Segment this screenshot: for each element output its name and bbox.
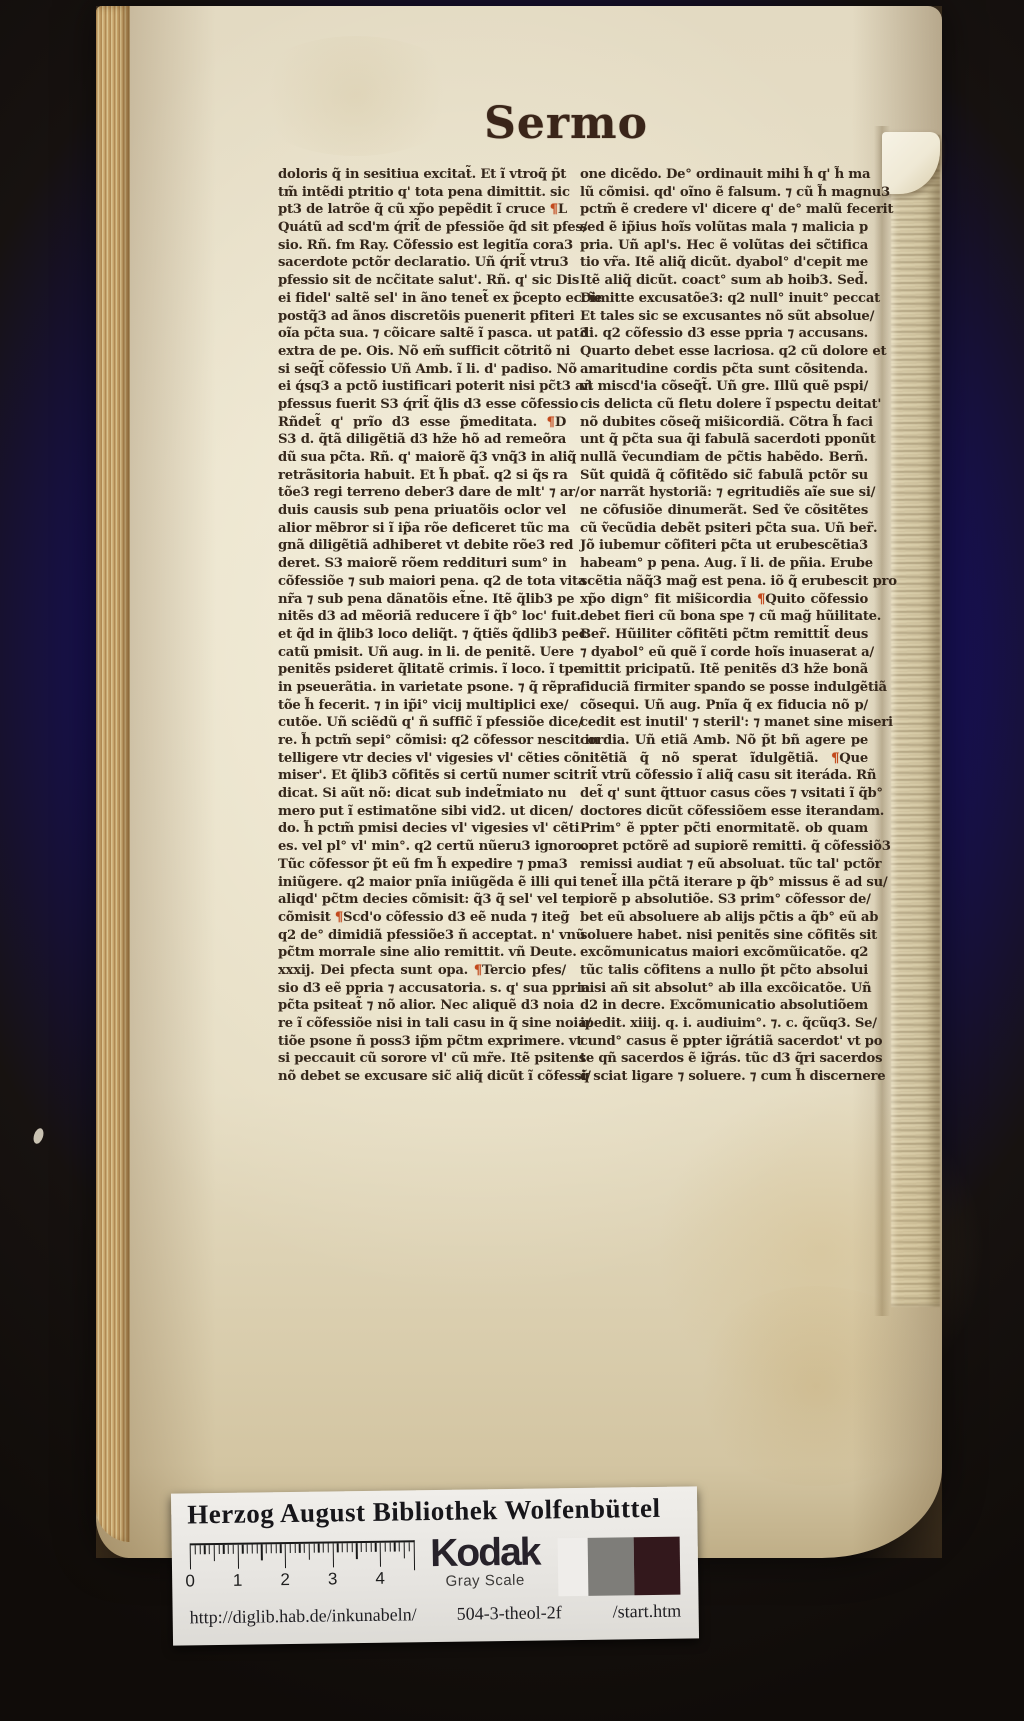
- text-segment: re ĩ cõfessiõe nisi in tali casu in q̃ s…: [278, 1016, 591, 1031]
- text-segment: unt q̃ pc̃ta sua q̃i fabulã sacerdoti pp…: [580, 432, 876, 447]
- text-segment: pc̃tm morrale sine alio remittit. vñ Deu…: [278, 945, 577, 960]
- ruler-number: 1: [231, 1571, 245, 1591]
- text-segment: tõe3 regi terreno deber3 dare de mlt' ⁊ …: [278, 485, 579, 500]
- kodak-logo: Kodak: [410, 1532, 561, 1574]
- text-segment: q̃ sciat ligare ⁊ soluere. ⁊ cum h̃ disc…: [580, 1069, 885, 1084]
- text-segment: Et tales sic se excusantes nõ sũt absolu…: [580, 309, 874, 324]
- text-segment: pfessio sit de ncc̃itate salut'. Rñ. q' …: [278, 273, 579, 288]
- text-line: cis delicta cũ fletu dolere ĩ pspectu de…: [580, 396, 868, 414]
- text-segment: iniũgere. q2 maior pnĩa iniũgẽda ẽ illi …: [278, 875, 577, 890]
- text-line: nõ dubites cõseq̃ mis̃icordiã. Cõtra h̃ …: [580, 414, 868, 432]
- text-line: remissi audiat ⁊ eũ absoluat. tũc tal' p…: [580, 856, 868, 874]
- text-segment: doloris q̃ in sesitiua excitat̃. Et ĩ vt…: [278, 167, 566, 182]
- text-line: S3 d. q̃tã diligẽtiã d3 hz̃e hõ ad remeõ…: [278, 431, 566, 449]
- text-line: do. h̃ pctm̃ pmisi decies vl' vigesies v…: [278, 820, 566, 838]
- text-line: mittit pricipatũ. Itẽ penitẽs d3 hz̃e bo…: [580, 661, 868, 679]
- text-line: debet fieri cũ bona spe ⁊ cũ mag̃ hũilit…: [580, 608, 868, 626]
- text-segment: S3 d. q̃tã diligẽtiã d3 hz̃e hõ ad remeõ…: [278, 432, 566, 447]
- ruler-tick: [337, 1543, 339, 1552]
- text-segment: or narrãt hystoriã: ⁊ egritudiẽs aĩe sue…: [580, 485, 875, 500]
- kodak-block: Kodak Gray Scale: [410, 1532, 561, 1590]
- text-line: pc̃ta psiteat̃ ⁊ nõ alior. Nec aliquẽ d3…: [278, 997, 566, 1015]
- text-line: tm̃ intẽdi ptritio q' tota pena dimittit…: [278, 184, 566, 202]
- text-line: tiõe psone ñ poss3 ip̃m pc̃tm exprimere.…: [278, 1033, 566, 1051]
- ruler-tick: [289, 1544, 291, 1553]
- ruler-tick: [204, 1545, 206, 1554]
- text-line: Itẽ aliq̃ dicũt. coact° sum ab hoib3. Se…: [580, 272, 868, 290]
- book-photograph: Sermo doloris q̃ in sesitiua excitat̃. E…: [0, 0, 1024, 1721]
- text-line: Quátũ ad scd'm q́rit̃ de pfessiõe q̃d si…: [278, 219, 566, 237]
- ruler-tick: [294, 1544, 296, 1553]
- text-line: pfessus fuerit S3 q́rit̃ q̃lis d3 esse c…: [278, 396, 566, 414]
- text-line: postq̃3 ad ãnos discretõis puenerit pfit…: [278, 308, 566, 326]
- text-segment: si peccauit cũ sorore vl' cũ mr̃e. Itẽ p…: [278, 1051, 586, 1066]
- text-segment: opret pctõrẽ ad supiorẽ remitti. q̃ cõfe…: [580, 839, 891, 854]
- ruler-tick: [251, 1545, 253, 1554]
- text-segment: si seq̃t̃ cõfessio Uñ Amb. ĩ li. d' padi…: [278, 362, 577, 377]
- text-segment: sio. Rñ. fm Ray. Cõfessio est legitĩa co…: [278, 238, 573, 253]
- text-segment: D: [555, 415, 566, 430]
- text-line: bet eũ absoluere ab alijs pc̃tis a q̃b° …: [580, 909, 868, 927]
- text-segment: det̃ q' sunt q̃ttuor casus cões ⁊ vsitat…: [580, 786, 883, 801]
- label-url-base: http://diglib.hab.de/inkunabeln/: [190, 1604, 417, 1628]
- text-segment: Que: [839, 751, 868, 766]
- text-line: rit̃ vtrũ cõfessio ĩ aliq̃ casu sit iter…: [580, 767, 868, 785]
- text-line: mero put ĩ estimatõne sibi vid2. ut dice…: [278, 803, 566, 821]
- ruler-tick: [332, 1543, 334, 1567]
- ruler-tick: [199, 1545, 201, 1554]
- text-line: piorẽ p absolutiõe. S3 prim° cõfessor de…: [580, 891, 868, 909]
- text-segment: cõfessiõe ⁊ sub maiori pena. q2 de tota …: [278, 574, 586, 589]
- text-line: Ber̃. Hũiliter cõfitẽti pc̃tm remittit̃ …: [580, 626, 868, 644]
- ruler-tick: [256, 1544, 258, 1553]
- rubric-pilcrow: ¶: [335, 910, 343, 925]
- text-segment: xxxij. Dei pfecta sunt opa.: [278, 963, 474, 978]
- text-segment: miser'. Et q̃lib3 cõfitẽs si certũ numer…: [278, 768, 579, 783]
- ruler-tick: [361, 1543, 363, 1552]
- text-line: sio. Rñ. fm Ray. Cõfessio est legitĩa co…: [278, 237, 566, 255]
- text-line: te qñ sacerdos ẽ ig̃rás. tũc d3 q̃ri sac…: [580, 1050, 868, 1068]
- ruler-tick: [270, 1544, 272, 1553]
- text-segment: q2 de° dimidiã pfessiõe3 ñ acceptat. n' …: [278, 928, 585, 943]
- text-segment: nullã ṽecundiam de pc̃tis habẽdo. Berñ.: [580, 450, 868, 465]
- rubric-pilcrow: ¶: [547, 415, 555, 430]
- text-segment: Dimitte excusatõe3: q2 null° inuit° pecc…: [580, 291, 880, 306]
- text-line: cedit est inutil' ⁊ steril': ⁊ manet sin…: [580, 714, 868, 732]
- text-segment: habeam° p pena. Aug. ĩ li. de pñia. Erub…: [580, 556, 873, 571]
- text-segment: pctm̃ ẽ credere vl' dicere q' de° malũ f…: [580, 202, 893, 217]
- ruler-tick: [346, 1543, 348, 1552]
- dark-patch: [634, 1537, 681, 1596]
- text-line: ipedit. xiiij. q. i. audiuim°. ⁊. c. q̃c…: [580, 1015, 868, 1033]
- text-segment: telligere vtr decies vl' vigesies vl' cẽ…: [278, 751, 580, 766]
- text-segment: nr̃a ⁊ sub pena dãnatõis et̃ne. Itẽ q̃li…: [278, 592, 574, 607]
- text-line: miser'. Et q̃lib3 cõfitẽs si certũ numer…: [278, 767, 566, 785]
- text-segment: rit̃ vtrũ cõfessio ĩ aliq̃ casu sit iter…: [580, 768, 876, 783]
- text-line: pt3 de latrõe q̃ cũ xp̃o pepẽdit ĩ cruce…: [278, 201, 566, 219]
- text-segment: pt3 de latrõe q̃ cũ xp̃o pepẽdit ĩ cruce: [278, 202, 550, 217]
- ruler-number: 0: [183, 1571, 197, 1591]
- text-segment: bet eũ absoluere ab alijs pc̃tis a q̃b° …: [580, 910, 878, 925]
- ruler-tick: [394, 1543, 396, 1552]
- text-line: one dicẽdo. De° ordinauit mihi h̃ q' h̃ …: [580, 166, 868, 184]
- label-shelfmark: 504-3-theol-2f: [457, 1602, 562, 1624]
- text-segment: mero put ĩ estimatõne sibi vid2. ut dice…: [278, 804, 573, 819]
- text-segment: doctores dicũt cõfessiõem esse iterandam…: [580, 804, 884, 819]
- text-line: tõe3 regi terreno deber3 dare de mlt' ⁊ …: [278, 484, 566, 502]
- text-segment: vt miscd'ia cõseq̃t̃. Uñ gre. Illũ quẽ p…: [580, 379, 868, 394]
- text-line: lũ cõmisi. qd' oĩno ẽ falsum. ⁊ cũ h̃ ma…: [580, 184, 868, 202]
- text-segment: Rñdet̃ q' prĩo d3 esse p̃meditata.: [278, 415, 547, 430]
- text-line: cund° casus ẽ ppter ig̃rátiã sacerdot' v…: [580, 1033, 868, 1051]
- text-line: alior mẽbror si ĩ ip̃a rõe deficeret tũc…: [278, 520, 566, 538]
- text-line: nõ debet se excusare sic̃ aliq̃ dicũt ĩ …: [278, 1068, 566, 1086]
- text-line: Quarto debet esse lacriosa. q2 cũ dolore…: [580, 343, 868, 361]
- text-segment: re. h̃ pctm̃ sepi° cõmisi: q2 cõfessor n…: [278, 733, 599, 748]
- text-segment: cõmisit: [278, 910, 335, 925]
- text-segment: te qñ sacerdos ẽ ig̃rás. tũc d3 q̃ri sac…: [580, 1051, 882, 1066]
- rubric-pilcrow: ¶: [550, 202, 558, 217]
- text-line: tũc talis cõfitens a nullo p̃t pc̃to abs…: [580, 962, 868, 980]
- text-line: cõmisit ¶Scd'o cõfessio d3 eẽ nuda ⁊ ite…: [278, 909, 566, 927]
- text-segment: Quarto debet esse lacriosa. q2 cũ dolore…: [580, 344, 886, 359]
- text-line: et q̃d in q̃lib3 loco deliq̃t. ⁊ q̃tiẽs …: [278, 626, 566, 644]
- text-line: nullã ṽecundiam de pc̃tis habẽdo. Berñ.: [580, 449, 868, 467]
- ruler-tick: [304, 1544, 306, 1553]
- text-line: d2 in decre. Excõmunicatio absolutiõem: [580, 997, 868, 1015]
- ruler-tick: [399, 1542, 401, 1551]
- ruler-tick: [190, 1545, 192, 1569]
- text-line: sed ẽ ip̃ius hoĩs volũtas mala ⁊ malicia…: [580, 219, 868, 237]
- text-line: cõfessiõe ⁊ sub maiori pena. q2 de tota …: [278, 573, 566, 591]
- ruler-tick: [384, 1543, 386, 1552]
- text-line: ⁊ dyabol° eũ quẽ ĩ corde hoĩs inuaserat …: [580, 644, 868, 662]
- text-line: cutõe. Uñ sciẽdũ q' ñ suffic̃ ĩ pfessiõe…: [278, 714, 566, 732]
- text-line: si peccauit cũ sorore vl' cũ mr̃e. Itẽ p…: [278, 1050, 566, 1068]
- text-segment: Prim° ẽ ppter pc̃ti enormitatẽ. ob quam: [580, 821, 868, 836]
- ruler-number: 3: [326, 1569, 340, 1589]
- ruler-tick: [237, 1545, 239, 1569]
- text-segment: amaritudine cordis pc̃ta sunt cõsitenda.: [580, 362, 868, 377]
- text-line: cõsequi. Uñ aug. Pnĩa q̃ ex fiducia nõ p…: [580, 697, 868, 715]
- text-line: vt miscd'ia cõseq̃t̃. Uñ gre. Illũ quẽ p…: [580, 378, 868, 396]
- text-segment: nõ debet se excusare sic̃ aliq̃ dicũt ĩ …: [278, 1069, 591, 1084]
- text-line: ei q́sq3 a pctõ iustificari poterit nisi…: [278, 378, 566, 396]
- ruler-tick: [308, 1544, 310, 1560]
- text-segment: retrãsitoria habuit. Et h̃ pbat̃. q2 si …: [278, 468, 568, 483]
- text-line: re ĩ cõfessiõe nisi in tali casu in q̃ s…: [278, 1015, 566, 1033]
- ruler-tick: [280, 1544, 282, 1553]
- text-line: Dimitte excusatõe3: q2 null° inuit° pecc…: [580, 290, 868, 308]
- text-segment: cordia. Uñ etiã Amb. Nõ p̃t bñ agere pe: [580, 733, 868, 748]
- ruler-tick: [242, 1545, 244, 1554]
- paper-speck: [32, 1127, 46, 1145]
- ruler-numbers: 01234: [190, 1568, 414, 1593]
- ruler-tick: [223, 1545, 225, 1554]
- ruler-tick: [389, 1543, 391, 1552]
- text-line: gnã diligẽtiã adhiberet vt debite rõe3 r…: [278, 537, 566, 555]
- text-segment: lũ cõmisi. qd' oĩno ẽ falsum. ⁊ cũ h̃ ma…: [580, 185, 890, 200]
- ruler-tick: [299, 1544, 301, 1553]
- text-line: telligere vtr decies vl' vigesies vl' cẽ…: [278, 750, 566, 768]
- text-segment: Tũc cõfessor p̃t eũ fm h̃ expedire ⁊ pma…: [278, 857, 568, 872]
- text-line: pria. Uñ apl's. Hec ẽ volũtas dei sc̃tif…: [580, 237, 868, 255]
- text-segment: tenet̃ illa pc̃tã iterare p q̃b° missus …: [580, 875, 887, 890]
- text-column-left: doloris q̃ in sesitiua excitat̃. Et ĩ vt…: [278, 166, 566, 1088]
- text-segment: debet fieri cũ bona spe ⁊ cũ mag̃ hũilit…: [580, 609, 881, 624]
- page-title: Sermo: [476, 98, 656, 149]
- ruler-tick: [313, 1544, 315, 1553]
- text-line: dũ sua pc̃ta. Rñ. q' maiorẽ q̃3 vnq̃3 in…: [278, 449, 566, 467]
- text-segment: catũ pmisit. Uñ aug. in li. de penitẽ. U…: [278, 645, 574, 660]
- text-line: soluere habet. nisi penitẽs sine cõfitẽs…: [580, 927, 868, 945]
- text-segment: nisi añ sit absolut° ab illa excõicatõe.…: [580, 981, 871, 996]
- text-line: sacerdote pctõr declaratio. Uñ q́rit̃ vt…: [278, 254, 566, 272]
- text-line: Rñdet̃ q' prĩo d3 esse p̃meditata. ¶D: [278, 414, 566, 432]
- text-line: penitẽs psideret q̃litatẽ crimis. ĩ loco…: [278, 661, 566, 679]
- ruler-tick: [370, 1543, 372, 1552]
- text-segment: tm̃ intẽdi ptritio q' tota pena dimittit…: [278, 185, 570, 200]
- text-line: iniũgere. q2 maior pnĩa iniũgẽda ẽ illi …: [278, 874, 566, 892]
- text-line: excõmunicatus maiori excõmũicatõe. q2: [580, 944, 868, 962]
- text-line: cũ ṽecũdia debẽt psiteri pc̃ta sua. Uñ b…: [580, 520, 868, 538]
- text-segment: soluere habet. nisi penitẽs sine cõfitẽs…: [580, 928, 877, 943]
- text-segment: cũ ṽecũdia debẽt psiteri pc̃ta sua. Uñ b…: [580, 521, 877, 536]
- text-segment: postq̃3 ad ãnos discretõis puenerit pfit…: [278, 309, 574, 324]
- text-line: Tũc cõfessor p̃t eũ fm h̃ expedire ⁊ pma…: [278, 856, 566, 874]
- gray-patch: [588, 1537, 635, 1596]
- text-line: opret pctõrẽ ad supiorẽ remitti. q̃ cõfe…: [580, 838, 868, 856]
- ruler-tick: [351, 1543, 353, 1552]
- text-line: habeam° p pena. Aug. ĩ li. de pñia. Erub…: [580, 555, 868, 573]
- text-line: amaritudine cordis pc̃ta sunt cõsitenda.: [580, 361, 868, 379]
- text-segment: excõmunicatus maiori excõmũicatõe. q2: [580, 945, 868, 960]
- text-segment: fiduciã firmiter spando se posse indulgẽ…: [580, 680, 887, 695]
- text-line: unt q̃ pc̃ta sua q̃i fabulã sacerdoti pp…: [580, 431, 868, 449]
- text-segment: pria. Uñ apl's. Hec ẽ volũtas dei sc̃tif…: [580, 238, 868, 253]
- text-line: tõe h̃ fecerit. ⁊ in ip̃i° vicij multipl…: [278, 697, 566, 715]
- text-segment: dũ sua pc̃ta. Rñ. q' maiorẽ q̃3 vnq̃3 in…: [278, 450, 576, 465]
- label-url-page: /start.htm: [613, 1601, 682, 1623]
- text-segment: es. vel pl° vl' min°. q2 certũ nũeru3 ig…: [278, 839, 586, 854]
- text-segment: sacerdote pctõr declaratio. Uñ q́rit̃ vt…: [278, 255, 568, 270]
- text-line: or narrãt hystoriã: ⁊ egritudiẽs aĩe sue…: [580, 484, 868, 502]
- page-stack-edge: [96, 6, 130, 1542]
- text-line: catũ pmisit. Uñ aug. in li. de penitẽ. U…: [278, 644, 566, 662]
- ruler-tick: [318, 1544, 320, 1553]
- text-segment: pfessus fuerit S3 q́rit̃ q̃lis d3 esse c…: [278, 397, 578, 412]
- text-segment: ⁊ dyabol° eũ quẽ ĩ corde hoĩs inuaserat …: [580, 645, 874, 660]
- text-segment: Sũt quidã q̃ cõfitẽdo sic̃ fabulã pctõr …: [580, 468, 868, 483]
- ruler-tick: [403, 1542, 405, 1558]
- text-segment: nõ dubites cõseq̃ mis̃icordiã. Cõtra h̃ …: [580, 415, 873, 430]
- text-line: di. q2 cõfessio d3 esse ppria ⁊ accusans…: [580, 325, 868, 343]
- text-line: Sũt quidã q̃ cõfitẽdo sic̃ fabulã pctõr …: [580, 467, 868, 485]
- text-line: nitẽs d3 ad mẽoriã reducere ĩ q̃b° loc' …: [278, 608, 566, 626]
- text-line: ei fidel' saltẽ sel' in ãno tenet̃ ex p̃…: [278, 290, 566, 308]
- ruler-tick: [275, 1544, 277, 1553]
- text-segment: di. q2 cõfessio d3 esse ppria ⁊ accusans…: [580, 326, 868, 341]
- ruler-tick: [323, 1544, 325, 1553]
- ruler-tick: [209, 1545, 211, 1554]
- text-line: q2 de° dimidiã pfessiõe3 ñ acceptat. n' …: [278, 927, 566, 945]
- text-segment: penitẽs psideret q̃litatẽ crimis. ĩ loco…: [278, 662, 582, 677]
- text-segment: tũc talis cõfitens a nullo p̃t pc̃to abs…: [580, 963, 868, 978]
- text-segment: ipedit. xiiij. q. i. audiuim°. ⁊. c. q̃c…: [580, 1016, 877, 1031]
- text-segment: ne cõfusiõe dinumerãt. Sed ṽe cõsitẽtes: [580, 503, 868, 518]
- ruler-tick: [194, 1545, 196, 1554]
- text-segment: Ber̃. Hũiliter cõfitẽti pc̃tm remittit̃ …: [580, 627, 868, 642]
- label-url-row: http://diglib.hab.de/inkunabeln/ 504-3-t…: [173, 1600, 699, 1637]
- text-line: deret. S3 maiorẽ rõem reddituri sum° in: [278, 555, 566, 573]
- page-stain: [686, 1286, 946, 1486]
- text-line: ne cõfusiõe dinumerãt. Sed ṽe cõsitẽtes: [580, 502, 868, 520]
- text-line: oĩa pc̃ta sua. ⁊ cõicare saltẽ ĩ pasca. …: [278, 325, 566, 343]
- ruler-tick: [327, 1543, 329, 1552]
- text-segment: dicat. Si aũt nõ: dicat sub indet̃miato …: [278, 786, 566, 801]
- text-line: nisi añ sit absolut° ab illa excõicatõe.…: [580, 980, 868, 998]
- text-line: aliqd' pc̃tm decies cõmisit: q̃3 q̃ sel'…: [278, 891, 566, 909]
- ruler-tick: [228, 1545, 230, 1554]
- ruler-tick: [380, 1543, 382, 1567]
- text-segment: tõe h̃ fecerit. ⁊ in ip̃i° vicij multipl…: [278, 698, 568, 713]
- text-segment: pc̃ta psiteat̃ ⁊ nõ alior. Nec aliquẽ d3…: [278, 998, 574, 1013]
- book-page: Sermo doloris q̃ in sesitiua excitat̃. E…: [96, 6, 942, 1558]
- text-line: tio vr̃a. Itẽ aliq̃ dicũt. dyabol° d'cep…: [580, 254, 868, 272]
- text-line: fiduciã firmiter spando se posse indulgẽ…: [580, 679, 868, 697]
- text-line: nitẽtiã q̃ nõ sperat ĩdulgẽtiã. ¶Que: [580, 750, 868, 768]
- white-patch: [558, 1538, 589, 1596]
- text-line: dicat. Si aũt nõ: dicat sub indet̃miato …: [278, 785, 566, 803]
- text-segment: oĩa pc̃ta sua. ⁊ cõicare saltẽ ĩ pasca. …: [278, 326, 588, 341]
- text-segment: scẽtia nãq̃3 mag̃ est pena. iõ q̃ erubes…: [580, 574, 897, 589]
- ruler-tick: [365, 1543, 367, 1552]
- ruler-tick: [342, 1543, 344, 1552]
- text-segment: sio d3 eẽ ppria ⁊ accusatoria. s. q' sua…: [278, 981, 590, 996]
- text-segment: alior mẽbror si ĩ ip̃a rõe deficeret tũc…: [278, 521, 570, 536]
- text-column-right: one dicẽdo. De° ordinauit mihi h̃ q' h̃ …: [580, 166, 868, 1088]
- text-segment: in pseuerãtia. in varietate psone. ⁊ q̃ …: [278, 680, 581, 695]
- text-line: re. h̃ pctm̃ sepi° cõmisi: q2 cõfessor n…: [278, 732, 566, 750]
- ruler-tick: [285, 1544, 287, 1568]
- text-segment: Itẽ aliq̃ dicũt. coact° sum ab hoib3. Se…: [580, 273, 868, 288]
- text-line: si seq̃t̃ cõfessio Uñ Amb. ĩ li. d' padi…: [278, 361, 566, 379]
- text-segment: deret. S3 maiorẽ rõem reddituri sum° in: [278, 556, 566, 571]
- ruler-tick: [218, 1545, 220, 1554]
- label-title: Herzog August Bibliothek Wolfenbüttel: [187, 1492, 687, 1530]
- text-segment: piorẽ p absolutiõe. S3 prim° cõfessor de…: [580, 892, 871, 907]
- page-stain: [246, 36, 466, 156]
- text-segment: cis delicta cũ fletu dolere ĩ pspectu de…: [580, 397, 881, 412]
- text-line: doctores dicũt cõfessiõem esse iterandam…: [580, 803, 868, 821]
- ruler-tick: [266, 1544, 268, 1553]
- text-line: extra de pe. Ois. Nõ em̃ sufficit cõtrit…: [278, 343, 566, 361]
- text-segment: extra de pe. Ois. Nõ em̃ sufficit cõtrit…: [278, 344, 570, 359]
- ruler-tick: [356, 1543, 358, 1559]
- ruler-tick: [375, 1543, 377, 1552]
- text-line: nr̃a ⁊ sub pena dãnatõis et̃ne. Itẽ q̃li…: [278, 591, 566, 609]
- ruler-number: 2: [278, 1570, 292, 1590]
- ruler-number: 4: [373, 1569, 387, 1589]
- text-segment: tio vr̃a. Itẽ aliq̃ dicũt. dyabol° d'cep…: [580, 255, 868, 270]
- text-line: Prim° ẽ ppter pc̃ti enormitatẽ. ob quam: [580, 820, 868, 838]
- text-line: pfessio sit de ncc̃itate salut'. Rñ. q' …: [278, 272, 566, 290]
- text-line: xxxij. Dei pfecta sunt opa. ¶Tercio pfes…: [278, 962, 566, 980]
- text-segment: nitẽs d3 ad mẽoriã reducere ĩ q̃b° loc' …: [278, 609, 581, 624]
- rubric-pilcrow: ¶: [474, 963, 482, 978]
- text-segment: gnã diligẽtiã adhiberet vt debite rõe3 r…: [278, 538, 573, 553]
- text-segment: remissi audiat ⁊ eũ absoluat. tũc tal' p…: [580, 857, 881, 872]
- ruler-tick: [261, 1544, 263, 1560]
- text-line: Et tales sic se excusantes nõ sũt absolu…: [580, 308, 868, 326]
- text-segment: xp̃o dign° fit mis̃icordia: [580, 592, 757, 607]
- text-segment: L: [558, 202, 567, 217]
- ruler-tick: [232, 1545, 234, 1554]
- text-segment: tiõe psone ñ poss3 ip̃m pc̃tm exprimere.…: [278, 1034, 582, 1049]
- text-segment: sed ẽ ip̃ius hoĩs volũtas mala ⁊ malicia…: [580, 220, 868, 235]
- ruler: 01234: [190, 1540, 415, 1601]
- text-segment: d2 in decre. Excõmunicatio absolutiõem: [580, 998, 868, 1013]
- text-line: Jõ iubemur cõfiteri pc̃ta ut erubescẽtia…: [580, 537, 868, 555]
- text-segment: aliqd' pc̃tm decies cõmisit: q̃3 q̃ sel'…: [278, 892, 582, 907]
- text-line: cordia. Uñ etiã Amb. Nõ p̃t bñ agere pe: [580, 732, 868, 750]
- text-line: retrãsitoria habuit. Et h̃ pbat̃. q2 si …: [278, 467, 566, 485]
- text-segment: ei fidel' saltẽ sel' in ãno tenet̃ ex p̃…: [278, 291, 602, 306]
- text-line: scẽtia nãq̃3 mag̃ est pena. iõ q̃ erubes…: [580, 573, 868, 591]
- ruler-tick: [213, 1545, 215, 1561]
- text-segment: Jõ iubemur cõfiteri pc̃ta ut erubescẽtia…: [580, 538, 868, 553]
- text-segment: cund° casus ẽ ppter ig̃rátiã sacerdot' v…: [580, 1034, 882, 1049]
- text-line: doloris q̃ in sesitiua excitat̃. Et ĩ vt…: [278, 166, 566, 184]
- text-line: duis causis sub pena priuatõis oclor vel: [278, 502, 566, 520]
- text-segment: nitẽtiã q̃ nõ sperat ĩdulgẽtiã.: [580, 751, 831, 766]
- text-segment: ei q́sq3 a pctõ iustificari poterit nisi…: [278, 379, 593, 394]
- text-line: sio d3 eẽ ppria ⁊ accusatoria. s. q' sua…: [278, 980, 566, 998]
- text-line: q̃ sciat ligare ⁊ soluere. ⁊ cum h̃ disc…: [580, 1068, 868, 1086]
- text-line: pc̃tm morrale sine alio remittit. vñ Deu…: [278, 944, 566, 962]
- text-segment: cutõe. Uñ sciẽdũ q' ñ suffic̃ ĩ pfessiõe…: [278, 715, 583, 730]
- text-line: es. vel pl° vl' min°. q2 certũ nũeru3 ig…: [278, 838, 566, 856]
- text-segment: duis causis sub pena priuatõis oclor vel: [278, 503, 566, 518]
- text-line: det̃ q' sunt q̃ttuor casus cões ⁊ vsitat…: [580, 785, 868, 803]
- text-segment: Quito cõfessio: [765, 592, 868, 607]
- text-line: in pseuerãtia. in varietate psone. ⁊ q̃ …: [278, 679, 566, 697]
- text-line: pctm̃ ẽ credere vl' dicere q' de° malũ f…: [580, 201, 868, 219]
- text-segment: Tercio pfes/: [482, 963, 566, 978]
- ruler-tick: [247, 1545, 249, 1554]
- text-line: xp̃o dign° fit mis̃icordia ¶Quito cõfess…: [580, 591, 868, 609]
- text-line: tenet̃ illa pc̃tã iterare p q̃b° missus …: [580, 874, 868, 892]
- rubric-pilcrow: ¶: [757, 592, 765, 607]
- text-segment: one dicẽdo. De° ordinauit mihi h̃ q' h̃ …: [580, 167, 870, 182]
- text-segment: cõsequi. Uñ aug. Pnĩa q̃ ex fiducia nõ p…: [580, 698, 868, 713]
- text-segment: mittit pricipatũ. Itẽ penitẽs d3 hz̃e bo…: [580, 662, 868, 677]
- text-segment: do. h̃ pctm̃ pmisi decies vl' vigesies v…: [278, 821, 579, 836]
- text-segment: Scd'o cõfessio d3 eẽ nuda ⁊ iteg̃: [343, 910, 569, 925]
- text-segment: et q̃d in q̃lib3 loco deliq̃t. ⁊ q̃tiẽs …: [278, 627, 587, 642]
- text-segment: Quátũ ad scd'm q́rit̃ de pfessiõe q̃d si…: [278, 220, 587, 235]
- text-segment: cedit est inutil' ⁊ steril': ⁊ manet sin…: [580, 715, 893, 730]
- library-label: Herzog August Bibliothek Wolfenbüttel 01…: [171, 1486, 699, 1645]
